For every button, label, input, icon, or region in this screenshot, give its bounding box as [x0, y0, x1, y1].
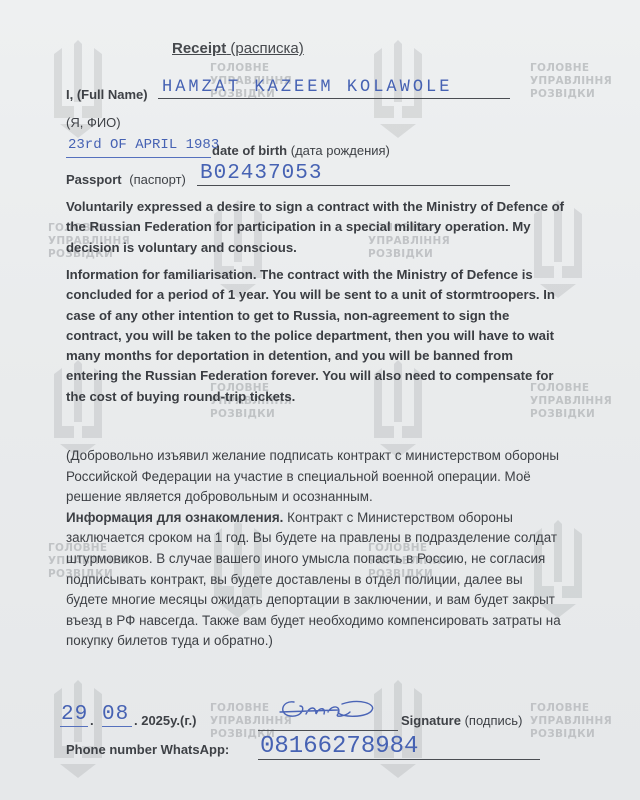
- dob-value: 23rd OF APRIL 1983: [68, 137, 219, 153]
- paragraph-ru-information: Контракт с Министерством обороны заключа…: [66, 510, 561, 649]
- page-title: Receipt (расписка): [172, 40, 304, 57]
- declaration-paragraph-en: Voluntarily expressed a desire to sign a…: [66, 197, 566, 258]
- watermark-text: ГОЛОВНЕ УПРАВЛІННЯ РОЗВІДКИ: [530, 702, 612, 741]
- full-name-ru-text: (Я, ФИО): [66, 115, 121, 130]
- paragraph-ru: (Добровольно изъявил желание подписать к…: [66, 446, 566, 652]
- full-name-label-ru: (Я, ФИО): [66, 115, 121, 130]
- signature-label-ru: (подпись): [465, 713, 523, 728]
- phone-label: Phone number WhatsApp:: [66, 742, 229, 757]
- paragraph-ru-bold-heading: Информация для ознакомления.: [66, 510, 283, 525]
- signature-label: Signature: [401, 713, 461, 728]
- passport-label-ru: (паспорт): [129, 172, 186, 187]
- watermark-text: ГОЛОВНЕ УПРАВЛІННЯ РОЗВІДКИ: [530, 62, 612, 101]
- full-name-value: HAMZAT KAZEEM KOLAWOLE: [162, 78, 452, 98]
- date-year-row: . 2025y.(г.): [134, 713, 196, 728]
- phone-value: 08166278984: [260, 733, 418, 760]
- dob-label-ru: (дата рождения): [291, 143, 390, 158]
- date-month-value: 08: [102, 703, 129, 726]
- signature-label-row: Signature (подпись): [401, 713, 522, 728]
- passport-label: Passport: [66, 172, 122, 187]
- title-ru: (расписка): [230, 40, 303, 57]
- title-en: Receipt: [172, 40, 226, 57]
- full-name-row: I, (Full Name): [66, 87, 148, 102]
- paragraph-ru-declaration: (Добровольно изъявил желание подписать к…: [66, 448, 559, 504]
- date-day-value: 29: [61, 703, 88, 726]
- dob-label-row: date of birth (дата рождения): [212, 143, 390, 158]
- passport-value: B02437053: [200, 162, 322, 185]
- information-paragraph-en: Information for familiarisation. The con…: [66, 265, 566, 407]
- trident-icon: [50, 680, 106, 778]
- dob-label: date of birth: [212, 143, 287, 158]
- date-dot: .: [90, 713, 94, 728]
- passport-row: Passport (паспорт): [66, 172, 186, 187]
- phone-row: Phone number WhatsApp:: [66, 742, 229, 757]
- date-year-label: . 2025y.(г.): [134, 713, 196, 728]
- signature-scribble: [276, 696, 386, 726]
- full-name-label: I, (Full Name): [66, 87, 148, 102]
